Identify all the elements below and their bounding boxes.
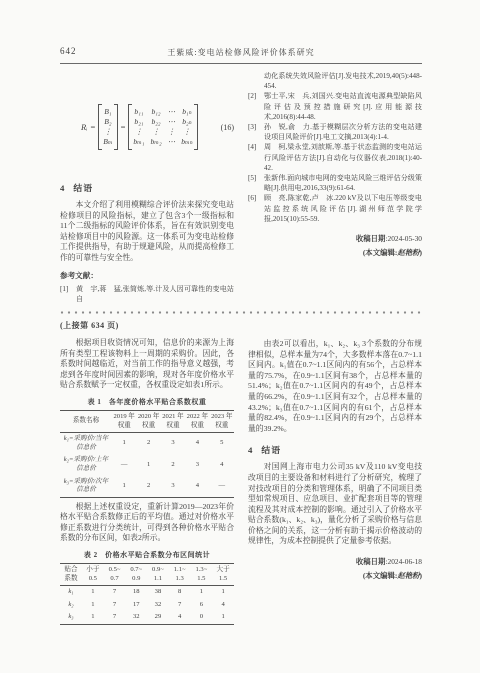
table2-row-name: k₃ (60, 611, 82, 624)
table1-row-name: k₂=采购价/上年 信息价 (60, 454, 112, 475)
matrix-entry: bₘₙ (181, 137, 193, 147)
vector-matrix: B₁ B₂ ⋮ Bₘ (98, 104, 117, 150)
matrix-entry: ⋮ (183, 127, 191, 137)
table1-header: 2021 年 权重 (161, 410, 185, 432)
equation-lhs: Rᵢ (81, 122, 88, 132)
journal-page: 642 王紫威:变电站检修风险评价体系研究 Rᵢ = B₁ B₂ ⋮ Bₘ (0, 0, 480, 673)
matrix-entry: ⋯ (168, 137, 176, 147)
table2-cell: 29 (147, 611, 169, 624)
reference-number: [1] (60, 284, 76, 304)
reference-number: [5] (248, 173, 264, 193)
table2: 贴合 系数 小于 0.5 0.5~ 0.7 0.7~ 0.9 0.9~ 1.1 … (60, 563, 234, 625)
reference-text: 鄂士平,宋 兵,刘国兴.变电站直流电源典型缺陷风险评估及预控措施研究[J].应用… (264, 91, 422, 122)
table2-cell: 38 (147, 586, 169, 599)
table1-cell: 1 (112, 433, 136, 455)
table2-header: 1.3~ 1.5 (191, 564, 213, 586)
table1-header: 2019 年 权重 (112, 410, 136, 432)
lower-columns: 根据项目收资情况可知，信息价的来源为上海所有类型工程该物料上一周期的采购价。因此… (60, 338, 422, 629)
table2-cell: 7 (104, 586, 126, 599)
upper-left-column: Rᵢ = B₁ B₂ ⋮ Bₘ = b₁₁ b₁ (60, 69, 234, 304)
matrix-entry: bₘ₂ (150, 137, 161, 147)
analysis-paragraph: 由表2可以看出，k₁、k₂、k₃ 3个系数的分布规律相似，总样本量为74个，大多… (248, 339, 422, 434)
matrix-entry: b₂₁ (134, 117, 143, 127)
table-row: k₃=采购价/次年 信息价 1 2 3 4 — (60, 476, 234, 498)
table1-cell: 4 (210, 454, 234, 475)
table2-row-name: k₁ (60, 586, 82, 599)
table-row: k₁ 1 7 18 38 8 1 1 (60, 586, 234, 599)
table2-cell: 7 (104, 611, 126, 624)
table2-cell: 1 (212, 611, 234, 624)
table1-cell: 1 (112, 476, 136, 498)
conclusion-paragraph: 本文介绍了利用模糊综合评价法来探究变电站检修项目的风险指标，建立了包含3个一级指… (60, 200, 234, 264)
table2-header: 0.7~ 0.9 (125, 564, 147, 586)
reference-item: [3] 孙 锐,俞 力.基于模糊层次分析方法的变电站建设项目风险评价[J].电工… (248, 122, 422, 142)
reference-item: [2] 鄂士平,宋 兵,刘国兴.变电站直流电源典型缺陷风险评估及预控措施研究[J… (248, 91, 422, 122)
reference-number: [2] (248, 91, 264, 122)
table-row: k₂ 1 7 17 32 7 6 4 (60, 599, 234, 612)
editor-suffix: ) (420, 248, 422, 257)
table2-cell: 1 (82, 586, 104, 599)
reference-text: 黄 宇,蒋 猛,张简炼,等.计及人因可靠性的变电站自 (76, 284, 234, 304)
continued-from-note: (上接第 634 页) (60, 320, 422, 331)
received-date: :2024-05-30 (385, 234, 422, 243)
equation-16: Rᵢ = B₁ B₂ ⋮ Bₘ = b₁₁ b₁ (60, 83, 234, 171)
section-number: 4 (248, 445, 253, 455)
matrix-entry: b₁ₙ (182, 107, 192, 117)
table1-header: 2022 年 权重 (185, 410, 209, 432)
lower-right-column: 由表2可以看出，k₁、k₂、k₃ 3个系数的分布规律相似，总样本量为74个，大多… (248, 338, 422, 629)
table1-header: 2020 年 权重 (136, 410, 160, 432)
matrix-entry: b₂₂ (152, 117, 161, 127)
reference-text: 顾 亮,陈家乾,卢 冰.220 kV及以下电压等级变电站监控系统风险评估[J].… (264, 193, 422, 224)
article-separator (60, 311, 422, 314)
editor-prefix: (本文编辑: (363, 571, 398, 580)
reference-number: [6] (248, 193, 264, 224)
reference-item: [4] 周 柯,梁永堂,刘歆斯,等.基于状态监测的变电站运行风险评估方法[J].… (248, 142, 422, 173)
matrix-entry: ⋯ (168, 107, 176, 117)
running-title: 王紫威:变电站检修风险评价体系研究 (60, 47, 422, 58)
section-heading-conclusion-2: 4结语 (248, 443, 422, 456)
conclusion-paragraph-2: 对国网上海市电力公司35 kV及110 kV变电技改项目的主要设备和材料进行了分… (248, 462, 422, 547)
section-number: 4 (60, 183, 65, 193)
table-row: k₃ 1 7 32 29 4 0 1 (60, 611, 234, 624)
table1-cell: 5 (210, 433, 234, 455)
equals-sign: = (121, 122, 126, 132)
table1-cell: 2 (161, 454, 185, 475)
table2-cell: 17 (125, 599, 147, 612)
section-heading-conclusion: 4结语 (60, 181, 234, 194)
received-date-line: 收稿日期:2024-05-30 (248, 233, 422, 244)
table1-header: 2023 年 权重 (210, 410, 234, 432)
received-date-line: 收稿日期:2024-06-18 (248, 556, 422, 567)
editor-name: 赵艳粉 (397, 571, 419, 580)
editor-prefix: (本文编辑: (363, 248, 398, 257)
table1-cell: 3 (161, 476, 185, 498)
table2-cell: 8 (169, 586, 191, 599)
table1-cell: — (210, 476, 234, 498)
reference-item: [5] 张新伟.面向城市电网的变电站风险三维评估分级策略[J].供用电,2016… (248, 173, 422, 193)
reference-item: [1] 黄 宇,蒋 猛,张简炼,等.计及人因可靠性的变电站自 (60, 284, 234, 304)
reference-number: [4] (248, 142, 264, 173)
table2-cell: 32 (125, 611, 147, 624)
table2-header: 1.1~ 1.3 (169, 564, 191, 586)
table1-cell: 2 (136, 433, 160, 455)
received-label: 收稿日期 (356, 234, 386, 243)
vector-entry: Bₘ (103, 137, 112, 147)
table2-header: 大于 1.5 (212, 564, 234, 586)
reference-text: 周 柯,梁永堂,刘歆斯,等.基于状态监测的变电站运行风险评估方法[J].自动化与… (264, 142, 422, 173)
reference-text: 张新伟.面向城市电网的变电站风险三维评估分级策略[J].供用电,2016,33(… (264, 173, 422, 193)
table2-cell: 7 (169, 599, 191, 612)
table2-cell: 4 (212, 599, 234, 612)
matrix-entry: bₘ₁ (133, 137, 144, 147)
reference-item: [6] 顾 亮,陈家乾,卢 冰.220 kV及以下电压等级变电站监控系统风险评估… (248, 193, 422, 224)
table2-cell: 0 (191, 611, 213, 624)
table2-header: 0.5~ 0.7 (104, 564, 126, 586)
upper-columns: Rᵢ = B₁ B₂ ⋮ Bₘ = b₁₁ b₁ (60, 69, 422, 304)
editor-line: (本文编辑:赵艳粉) (248, 247, 422, 258)
continuation-paragraph-2: 根据上述权重设定，重新计算2019—2023年价格水平贴合系数修正后的平均值。通… (60, 502, 234, 544)
table2-header: 0.9~ 1.1 (147, 564, 169, 586)
table1-row-name: k₃=采购价/次年 信息价 (60, 476, 112, 498)
reference-continuation: 动化系统失效风险评估[J].发电技术,2019,40(5):448-454. (248, 71, 422, 91)
matrix-entry: b₁₁ (134, 107, 143, 117)
running-head: 642 王紫威:变电站检修风险评价体系研究 (60, 46, 422, 64)
table2-cell: 1 (82, 599, 104, 612)
table2-header: 小于 0.5 (82, 564, 104, 586)
table2-cell: 1 (212, 586, 234, 599)
table1-cell: — (112, 454, 136, 475)
matrix-entry: ⋮ (168, 127, 176, 137)
table2-cell: 18 (125, 586, 147, 599)
matrix-entry: b₂ₙ (182, 117, 192, 127)
full-matrix: b₁₁ b₁₂ ⋯ b₁ₙ b₂₁ b₂₂ ⋯ b₂ₙ ⋮ ⋮ ⋮ ⋮ (128, 104, 197, 150)
table-row: k₂=采购价/上年 信息价 — 1 2 3 4 (60, 454, 234, 475)
table2-cell: 1 (82, 611, 104, 624)
reference-text: 孙 锐,俞 力.基于模糊层次分析方法的变电站建设项目风险评价[J].电工文摘,2… (264, 122, 422, 142)
editor-suffix: ) (420, 571, 422, 580)
table2-row-name: k₂ (60, 599, 82, 612)
received-label: 收稿日期 (356, 557, 386, 566)
table2-cell: 1 (191, 586, 213, 599)
matrix-entry: b₁₂ (152, 107, 161, 117)
table1-cell: 4 (185, 433, 209, 455)
editor-name: 赵艳粉 (397, 248, 419, 257)
table1-cell: 3 (185, 454, 209, 475)
references-heading: 参考文献： (60, 270, 234, 281)
table1-cell: 4 (185, 476, 209, 498)
table2-cell: 7 (104, 599, 126, 612)
vector-entry: B₂ (104, 117, 111, 127)
equation-body: Rᵢ = B₁ B₂ ⋮ Bₘ = b₁₁ b₁ (60, 104, 219, 150)
upper-right-column: 动化系统失效风险评估[J].发电技术,2019,40(5):448-454. [… (248, 69, 422, 304)
reference-number: [3] (248, 122, 264, 142)
section-title: 结语 (261, 445, 281, 455)
table1-caption: 表 1 各年度价格水平贴合系数权重 (60, 397, 234, 407)
matrix-entry: ⋮ (135, 127, 143, 137)
table2-header: 贴合 系数 (60, 564, 82, 586)
editor-line: (本文编辑:赵艳粉) (248, 570, 422, 581)
table1-cell: 3 (161, 433, 185, 455)
table2-cell: 32 (147, 599, 169, 612)
equation-number: (16) (221, 123, 234, 132)
table2-cell: 4 (169, 611, 191, 624)
vector-entry: ⋮ (104, 127, 112, 137)
table1-row-name: k₁=采购价/当年 信息价 (60, 433, 112, 455)
table2-caption: 表 2 价格水平贴合系数分布区间统计 (60, 550, 234, 560)
table1-cell: 2 (136, 476, 160, 498)
table2-cell: 6 (191, 599, 213, 612)
received-date: :2024-06-18 (385, 557, 422, 566)
matrix-entry: ⋯ (168, 117, 176, 127)
table1: 系数名称 2019 年 权重 2020 年 权重 2021 年 权重 2022 … (60, 410, 234, 498)
section-title: 结语 (73, 183, 93, 193)
table-row: k₁=采购价/当年 信息价 1 2 3 4 5 (60, 433, 234, 455)
continuation-paragraph-1: 根据项目收资情况可知，信息价的来源为上海所有类型工程该物料上一周期的采购价。因此… (60, 338, 234, 391)
vector-entry: B₁ (104, 107, 111, 117)
table1-cell: 1 (136, 454, 160, 475)
equals-sign: = (90, 122, 95, 132)
lower-left-column: 根据项目收资情况可知，信息价的来源为上海所有类型工程该物料上一周期的采购价。因此… (60, 338, 234, 629)
matrix-entry: ⋮ (152, 127, 160, 137)
table1-header: 系数名称 (60, 410, 112, 432)
